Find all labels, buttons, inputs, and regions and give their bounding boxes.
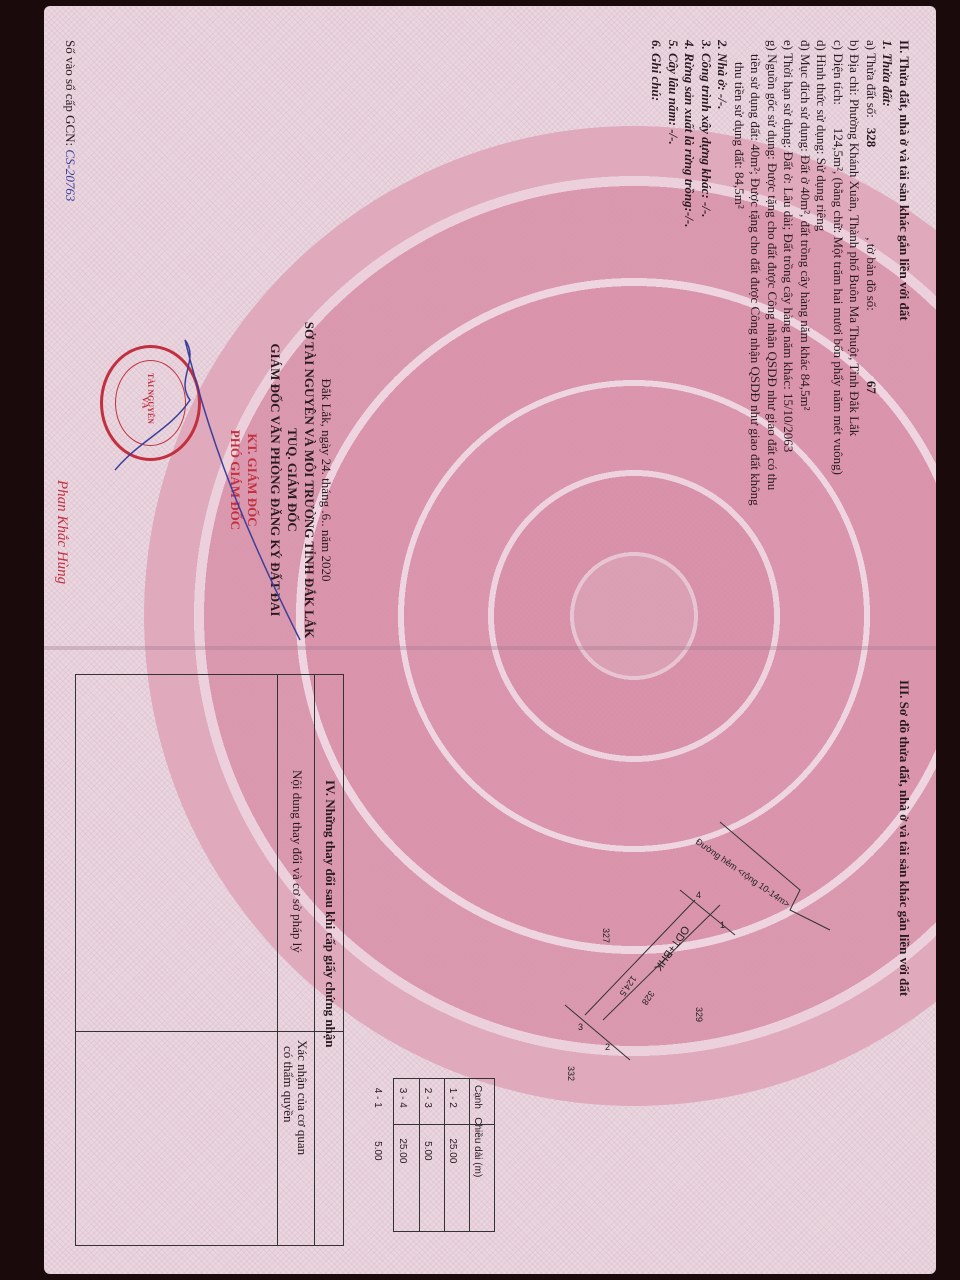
svg-text:Đường hẻm <rộng 10-14m>: Đường hẻm <rộng 10-14m> xyxy=(694,836,792,909)
svg-text:1: 1 xyxy=(720,920,725,930)
changes-table xyxy=(75,674,344,1246)
svg-text:4: 4 xyxy=(696,890,701,900)
edge-table-text: Cạnh Chiều dài (m) 1 - 2 25.00 2 - 3 5.0… xyxy=(365,1085,490,1177)
svg-text:328: 328 xyxy=(640,989,657,1007)
changes-col-confirm-2: có thẩm quyền xyxy=(280,1046,297,1123)
svg-text:327: 327 xyxy=(601,928,611,943)
svg-text:329: 329 xyxy=(694,1007,704,1022)
changes-col-content: Nội dung thay đổi và cơ sở pháp lý xyxy=(289,770,306,953)
svg-text:3: 3 xyxy=(578,1022,583,1032)
svg-text:ODT+BHK: ODT+BHK xyxy=(651,923,691,973)
svg-text:332: 332 xyxy=(566,1066,576,1081)
section-4-title: IV. Những thay đổi sau khi cấp giấy chứn… xyxy=(322,780,339,1048)
svg-text:2: 2 xyxy=(605,1042,610,1052)
